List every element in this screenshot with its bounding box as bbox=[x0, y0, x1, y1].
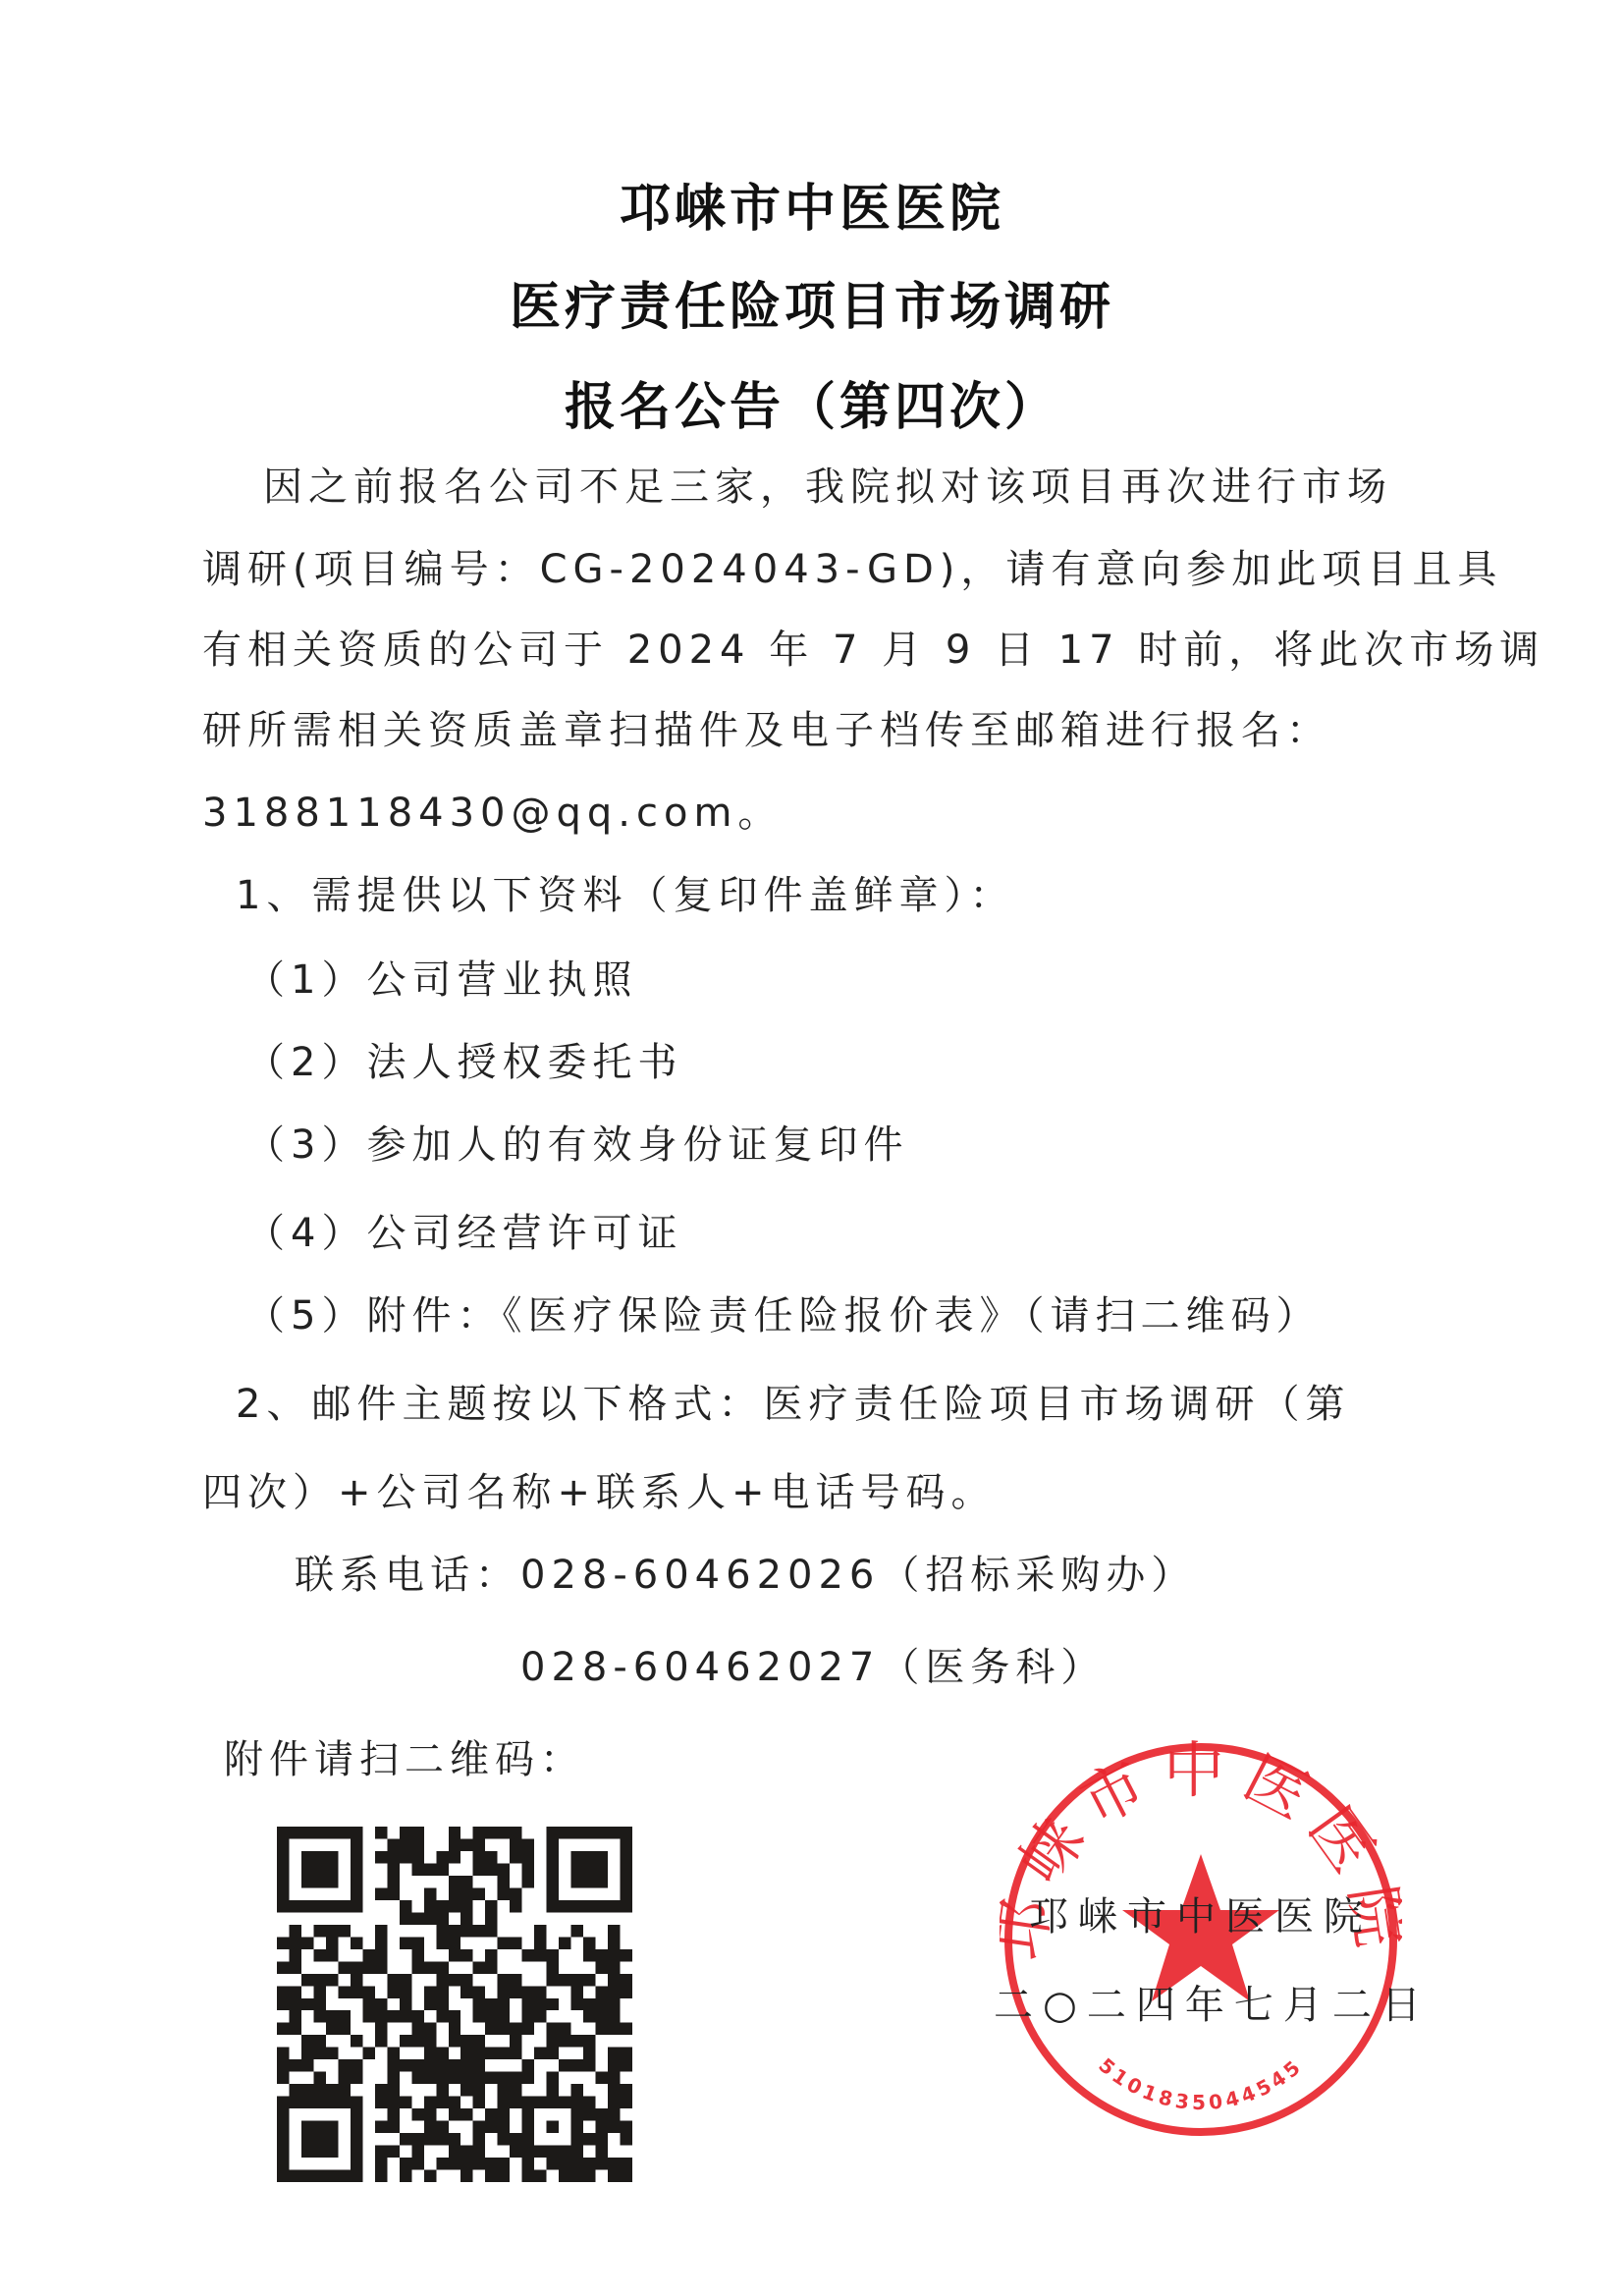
svg-text:5101835044545: 5101835044545 bbox=[1094, 2053, 1307, 2114]
email-address: 3188118430@qq.com。 bbox=[202, 782, 783, 838]
title-project: 医疗责任险项目市场调研 bbox=[0, 265, 1624, 339]
requirement-item-4: （4）公司经营许可证 bbox=[245, 1202, 682, 1258]
contact-phone-1: 联系电话：028-60462026（招标采购办） bbox=[295, 1544, 1196, 1600]
section2-line-2: 四次）+公司名称+联系人+电话号码。 bbox=[202, 1461, 997, 1517]
requirement-item-1: （1）公司营业执照 bbox=[245, 949, 637, 1005]
section1-heading: 1、需提供以下资料（复印件盖鲜章）： bbox=[236, 864, 1014, 920]
paragraph-line-3: 有相关资质的公司于 2024 年 7 月 9 日 17 时前，将此次市场调 bbox=[202, 619, 1544, 675]
contact-phone-2: 028-60462027（医务科） bbox=[520, 1636, 1106, 1692]
paragraph-line-4: 研所需相关资质盖章扫描件及电子档传至邮箱进行报名： bbox=[202, 699, 1331, 755]
requirement-item-3: （3）参加人的有效身份证复印件 bbox=[245, 1114, 908, 1170]
title-notice: 报名公告（第四次） bbox=[0, 365, 1624, 439]
requirement-item-2: （2）法人授权委托书 bbox=[245, 1031, 682, 1087]
qr-label: 附件请扫二维码： bbox=[224, 1728, 585, 1784]
signature-date: 二○二四年七月二日 bbox=[994, 1974, 1431, 2030]
title-hospital: 邛崃市中医医院 bbox=[0, 167, 1624, 241]
paragraph-line-1: 因之前报名公司不足三家，我院拟对该项目再次进行市场 bbox=[263, 456, 1392, 512]
signature-org: 邛崃市中医医院 bbox=[1029, 1886, 1373, 1941]
qr-code[interactable] bbox=[277, 1827, 632, 2182]
seal-serial: 5101835044545 bbox=[1094, 2053, 1307, 2114]
paragraph-line-2: 调研(项目编号：CG-2024043-GD)，请有意向参加此项目且具 bbox=[202, 538, 1502, 594]
requirement-item-5: （5）附件：《医疗保险责任险报价表》（请扫二维码） bbox=[245, 1285, 1321, 1340]
section2-line-1: 2、邮件主题按以下格式：医疗责任险项目市场调研（第 bbox=[236, 1373, 1350, 1429]
